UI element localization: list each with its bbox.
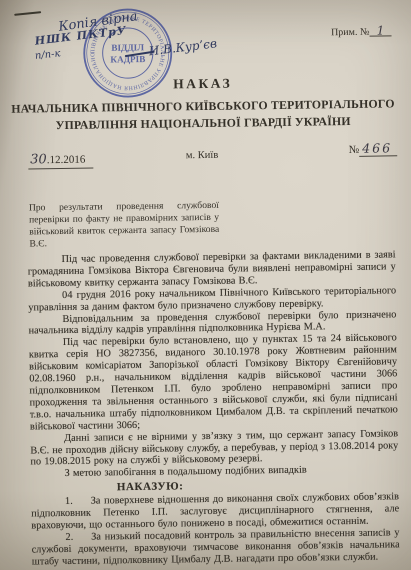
document-photo: ПІВНІЧНЕ КИЇВСЬКЕ ТЕРИТОРІАЛЬНЕ УПРАВЛІН… [0,0,411,570]
handwritten-certification: Копія вірна НШК ПКТрУ п/п-к [34,15,138,58]
issuer-heading: НАЧАЛЬНИКА ПІВНІЧНОГО КИЇВСЬКОГО ТЕРИТОР… [0,95,409,134]
order-item-text: За низький посадовий контроль за правиль… [32,527,400,567]
paragraph: Під час перевірки було встановлено, що у… [29,333,398,433]
order-item: 2.За низький посадовий контроль за прави… [31,527,399,568]
subject-block: Про результати проведення службової пере… [29,200,220,250]
paragraph: Данні записи є не вірними у зв’язку з ти… [30,428,398,469]
order-number-label: № [349,144,360,156]
body-text: Під час проведення службової перевірки з… [28,249,400,568]
order-date-day-handwritten: 30 [30,152,47,167]
copy-number: Прим. №1 [331,25,392,38]
order-number: №466 [349,140,398,156]
pen-mark [14,11,41,16]
copy-number-label: Прим. № [331,27,370,39]
order-title: НАКАЗ [0,73,408,95]
order-date: 30.12.2016 [28,152,93,170]
order-item: 1.За поверхневе відношення до виконання … [31,491,399,532]
order-date-typed: .12.2016 [47,154,86,167]
city-label: м. Київ [186,150,219,161]
order-item-number: 2. [65,532,73,543]
order-item-number: 1. [65,496,73,507]
paragraph: Під час проведення службової перевірки з… [28,249,396,290]
date-city-number-row: 30.12.2016 м. Київ №466 [0,147,409,175]
order-item-text: За поверхневе відношення до виконання св… [31,491,399,531]
order-document: ПІВНІЧНЕ КИЇВСЬКЕ ТЕРИТОРІАЛЬНЕ УПРАВЛІН… [0,0,411,570]
copy-number-value: 1 [369,25,391,36]
order-number-value: 466 [359,140,397,157]
